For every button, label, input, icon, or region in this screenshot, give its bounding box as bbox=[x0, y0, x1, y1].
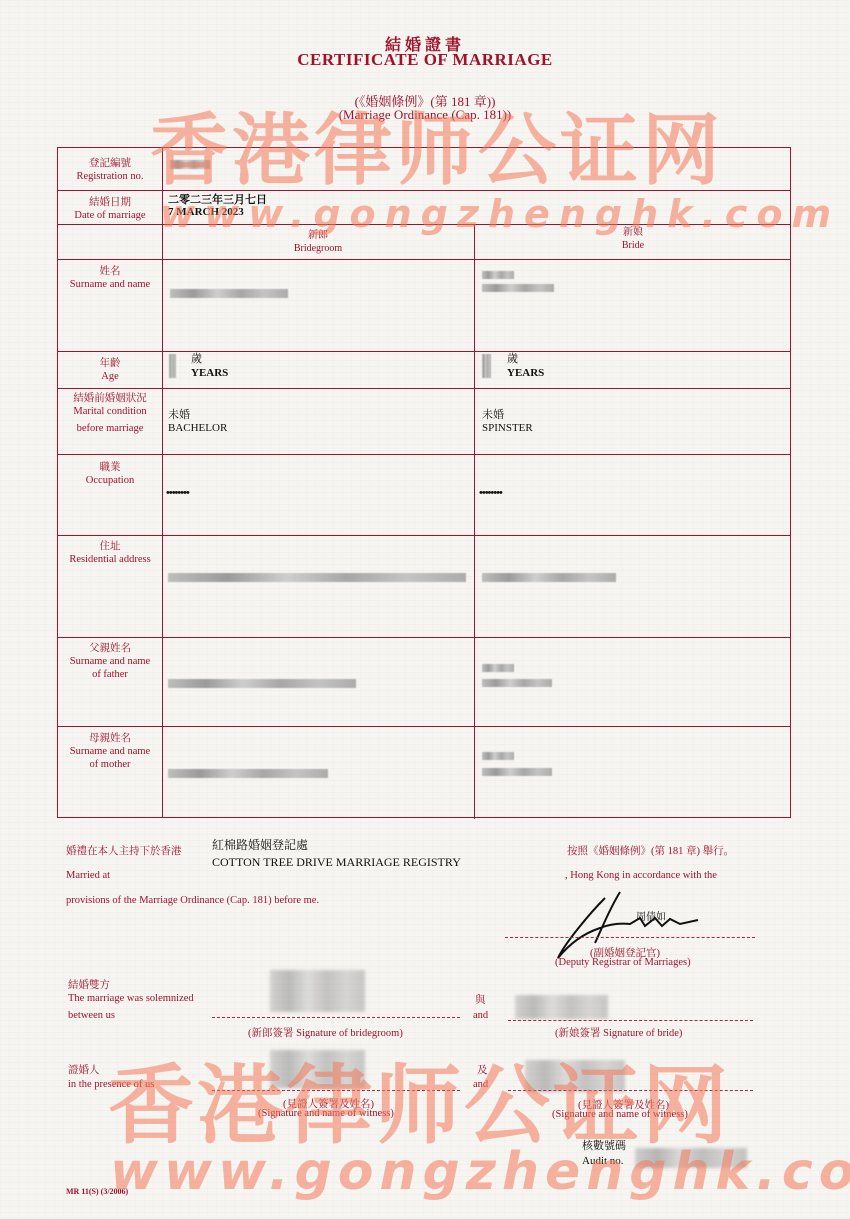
hong-kong-en: , Hong Kong in accordance with the bbox=[565, 870, 717, 881]
mother-label: 母親姓名 Surname and name of mother bbox=[58, 732, 162, 771]
groom-signature-caption: (新郎簽署 Signature of bridegroom) bbox=[248, 1025, 403, 1040]
bride-age-unit-zh: 歲 bbox=[507, 353, 518, 365]
date-label: 結婚日期 Date of marriage bbox=[58, 196, 162, 222]
audit-label-en: Audit no. bbox=[582, 1155, 624, 1167]
groom-age-unit-en: YEARS bbox=[191, 367, 228, 379]
form-code: MR 11(S) (3/2006) bbox=[66, 1187, 128, 1196]
witness-label-en: in the presence of us bbox=[68, 1079, 154, 1090]
groom-age-redacted bbox=[169, 354, 176, 378]
mother-label-en-2: of mother bbox=[58, 758, 162, 771]
col-divider bbox=[474, 224, 475, 819]
bride-header: 新娘 Bride bbox=[474, 226, 792, 252]
witness-1-signature-line bbox=[212, 1090, 460, 1091]
audit-label-zh: 核數號碼 bbox=[582, 1137, 626, 1153]
bride-signature-line bbox=[508, 1020, 753, 1021]
marital-label: 結婚前婚姻狀況 Marital condition before marriag… bbox=[58, 392, 162, 435]
parties-label-en-2: between us bbox=[68, 1010, 115, 1021]
bride-name-en-redacted bbox=[482, 284, 554, 292]
groom-mother-redacted bbox=[168, 769, 328, 778]
marital-label-en-1: Marital condition bbox=[58, 405, 162, 418]
certificate-table: 登記編號 Registration no. 結婚日期 Date of marri… bbox=[57, 147, 791, 818]
witness-2-signature-redacted bbox=[525, 1060, 625, 1092]
registrar-title-en: (Deputy Registrar of Marriages) bbox=[555, 957, 691, 968]
age-label-zh: 年齡 bbox=[58, 357, 162, 370]
address-label-en: Residential address bbox=[69, 554, 150, 565]
row-divider bbox=[58, 351, 790, 352]
venue-en: COTTON TREE DRIVE MARRIAGE REGISTRY bbox=[212, 855, 461, 870]
witness-1-signature-redacted bbox=[270, 1050, 365, 1088]
age-label-en: Age bbox=[101, 371, 119, 382]
parties-and-zh: 與 bbox=[475, 992, 486, 1007]
marital-label-zh: 結婚前婚姻狀況 bbox=[58, 392, 162, 405]
audit-value-redacted bbox=[635, 1148, 747, 1168]
mother-label-zh: 母親姓名 bbox=[58, 732, 162, 745]
row-divider bbox=[58, 224, 790, 225]
bridegroom-header-zh: 新郎 bbox=[162, 229, 474, 242]
witness-and-zh: 及 bbox=[477, 1062, 488, 1077]
groom-address-redacted bbox=[168, 573, 466, 582]
row-divider bbox=[58, 535, 790, 536]
name-label-en: Surname and name bbox=[70, 279, 150, 290]
registration-label-en: Registration no. bbox=[76, 171, 143, 182]
witness-2-caption-en: (Signature and name of witness) bbox=[552, 1109, 688, 1120]
married-at-en: Married at bbox=[66, 870, 110, 881]
groom-father-redacted bbox=[168, 679, 356, 688]
witness-2-signature-line bbox=[508, 1090, 753, 1091]
parties-label-zh: 結婚雙方 bbox=[68, 977, 110, 992]
groom-occupation: •••••••• bbox=[166, 487, 189, 499]
name-label-zh: 姓名 bbox=[58, 265, 162, 278]
bride-mother-en-redacted bbox=[482, 768, 552, 776]
bride-mother-zh-redacted bbox=[482, 752, 514, 760]
row-divider bbox=[58, 637, 790, 638]
groom-signature-line bbox=[212, 1017, 460, 1018]
name-label: 姓名 Surname and name bbox=[58, 265, 162, 291]
address-label: 住址 Residential address bbox=[58, 540, 162, 566]
bride-marital-en: SPINSTER bbox=[482, 422, 533, 434]
registration-label: 登記編號 Registration no. bbox=[58, 157, 162, 183]
row-divider bbox=[58, 190, 790, 191]
bride-name-zh-redacted bbox=[482, 271, 514, 279]
date-value-en: 7 MARCH 2023 bbox=[168, 206, 244, 218]
bridegroom-header: 新郎 Bridegroom bbox=[162, 229, 474, 255]
registration-label-zh: 登記編號 bbox=[58, 157, 162, 170]
row-divider bbox=[58, 454, 790, 455]
mother-label-en-1: Surname and name bbox=[58, 745, 162, 758]
witness-and-en: and bbox=[473, 1079, 488, 1090]
row-divider bbox=[58, 726, 790, 727]
marital-label-en-2: before marriage bbox=[58, 422, 162, 435]
bride-address-redacted bbox=[482, 573, 616, 582]
certificate-title-en: CERTIFICATE OF MARRIAGE bbox=[0, 50, 850, 70]
bride-header-zh: 新娘 bbox=[474, 226, 792, 239]
occupation-label-en: Occupation bbox=[86, 475, 134, 486]
groom-name-redacted bbox=[170, 289, 288, 298]
parties-label-en-1: The marriage was solemnized bbox=[68, 993, 194, 1004]
registration-value-redacted bbox=[170, 160, 210, 169]
bride-occupation: •••••••• bbox=[479, 487, 502, 499]
groom-marital-zh: 未婚 bbox=[168, 409, 190, 421]
bride-age-unit-en: YEARS bbox=[507, 367, 544, 379]
age-label: 年齡 Age bbox=[58, 357, 162, 383]
date-label-en: Date of marriage bbox=[74, 210, 145, 221]
occupation-label: 職業 Occupation bbox=[58, 461, 162, 487]
groom-age-unit-zh: 歲 bbox=[191, 353, 202, 365]
witness-label-zh: 證婚人 bbox=[68, 1062, 100, 1077]
bride-age-redacted bbox=[482, 354, 491, 378]
married-at-zh: 婚禮在本人主持下於香港 bbox=[66, 843, 182, 858]
bride-father-en-redacted bbox=[482, 679, 552, 687]
witness-1-caption-en: (Signature and name of witness) bbox=[258, 1108, 394, 1119]
father-label-en-1: Surname and name bbox=[58, 655, 162, 668]
parties-and-en: and bbox=[473, 1010, 488, 1021]
according-zh: 按照《婚姻條例》(第 181 章) 舉行。 bbox=[567, 843, 734, 858]
row-divider bbox=[58, 388, 790, 389]
date-value-zh: 二零二三年三月七日 bbox=[168, 194, 267, 206]
occupation-label-zh: 職業 bbox=[58, 461, 162, 474]
date-label-zh: 結婚日期 bbox=[58, 196, 162, 209]
row-divider bbox=[58, 259, 790, 260]
groom-signature-redacted bbox=[270, 970, 365, 1012]
address-label-zh: 住址 bbox=[58, 540, 162, 553]
provisions-en: provisions of the Marriage Ordinance (Ca… bbox=[66, 895, 319, 906]
bride-marital-zh: 未婚 bbox=[482, 409, 504, 421]
bridegroom-header-en: Bridegroom bbox=[162, 242, 474, 255]
venue-zh: 紅棉路婚姻登記處 bbox=[212, 836, 308, 853]
bride-signature-redacted bbox=[515, 995, 608, 1019]
father-label-zh: 父親姓名 bbox=[58, 642, 162, 655]
father-label-en-2: of father bbox=[58, 668, 162, 681]
registrar-name-zh: 周倩如 bbox=[636, 908, 666, 923]
bride-father-zh-redacted bbox=[482, 664, 514, 672]
bride-signature-caption: (新娘簽署 Signature of bride) bbox=[555, 1025, 682, 1040]
bride-header-en: Bride bbox=[474, 239, 792, 252]
father-label: 父親姓名 Surname and name of father bbox=[58, 642, 162, 681]
ordinance-en: (Marriage Ordinance (Cap. 181)) bbox=[0, 107, 850, 123]
registrar-signature-line bbox=[505, 937, 755, 938]
groom-marital-en: BACHELOR bbox=[168, 422, 227, 434]
